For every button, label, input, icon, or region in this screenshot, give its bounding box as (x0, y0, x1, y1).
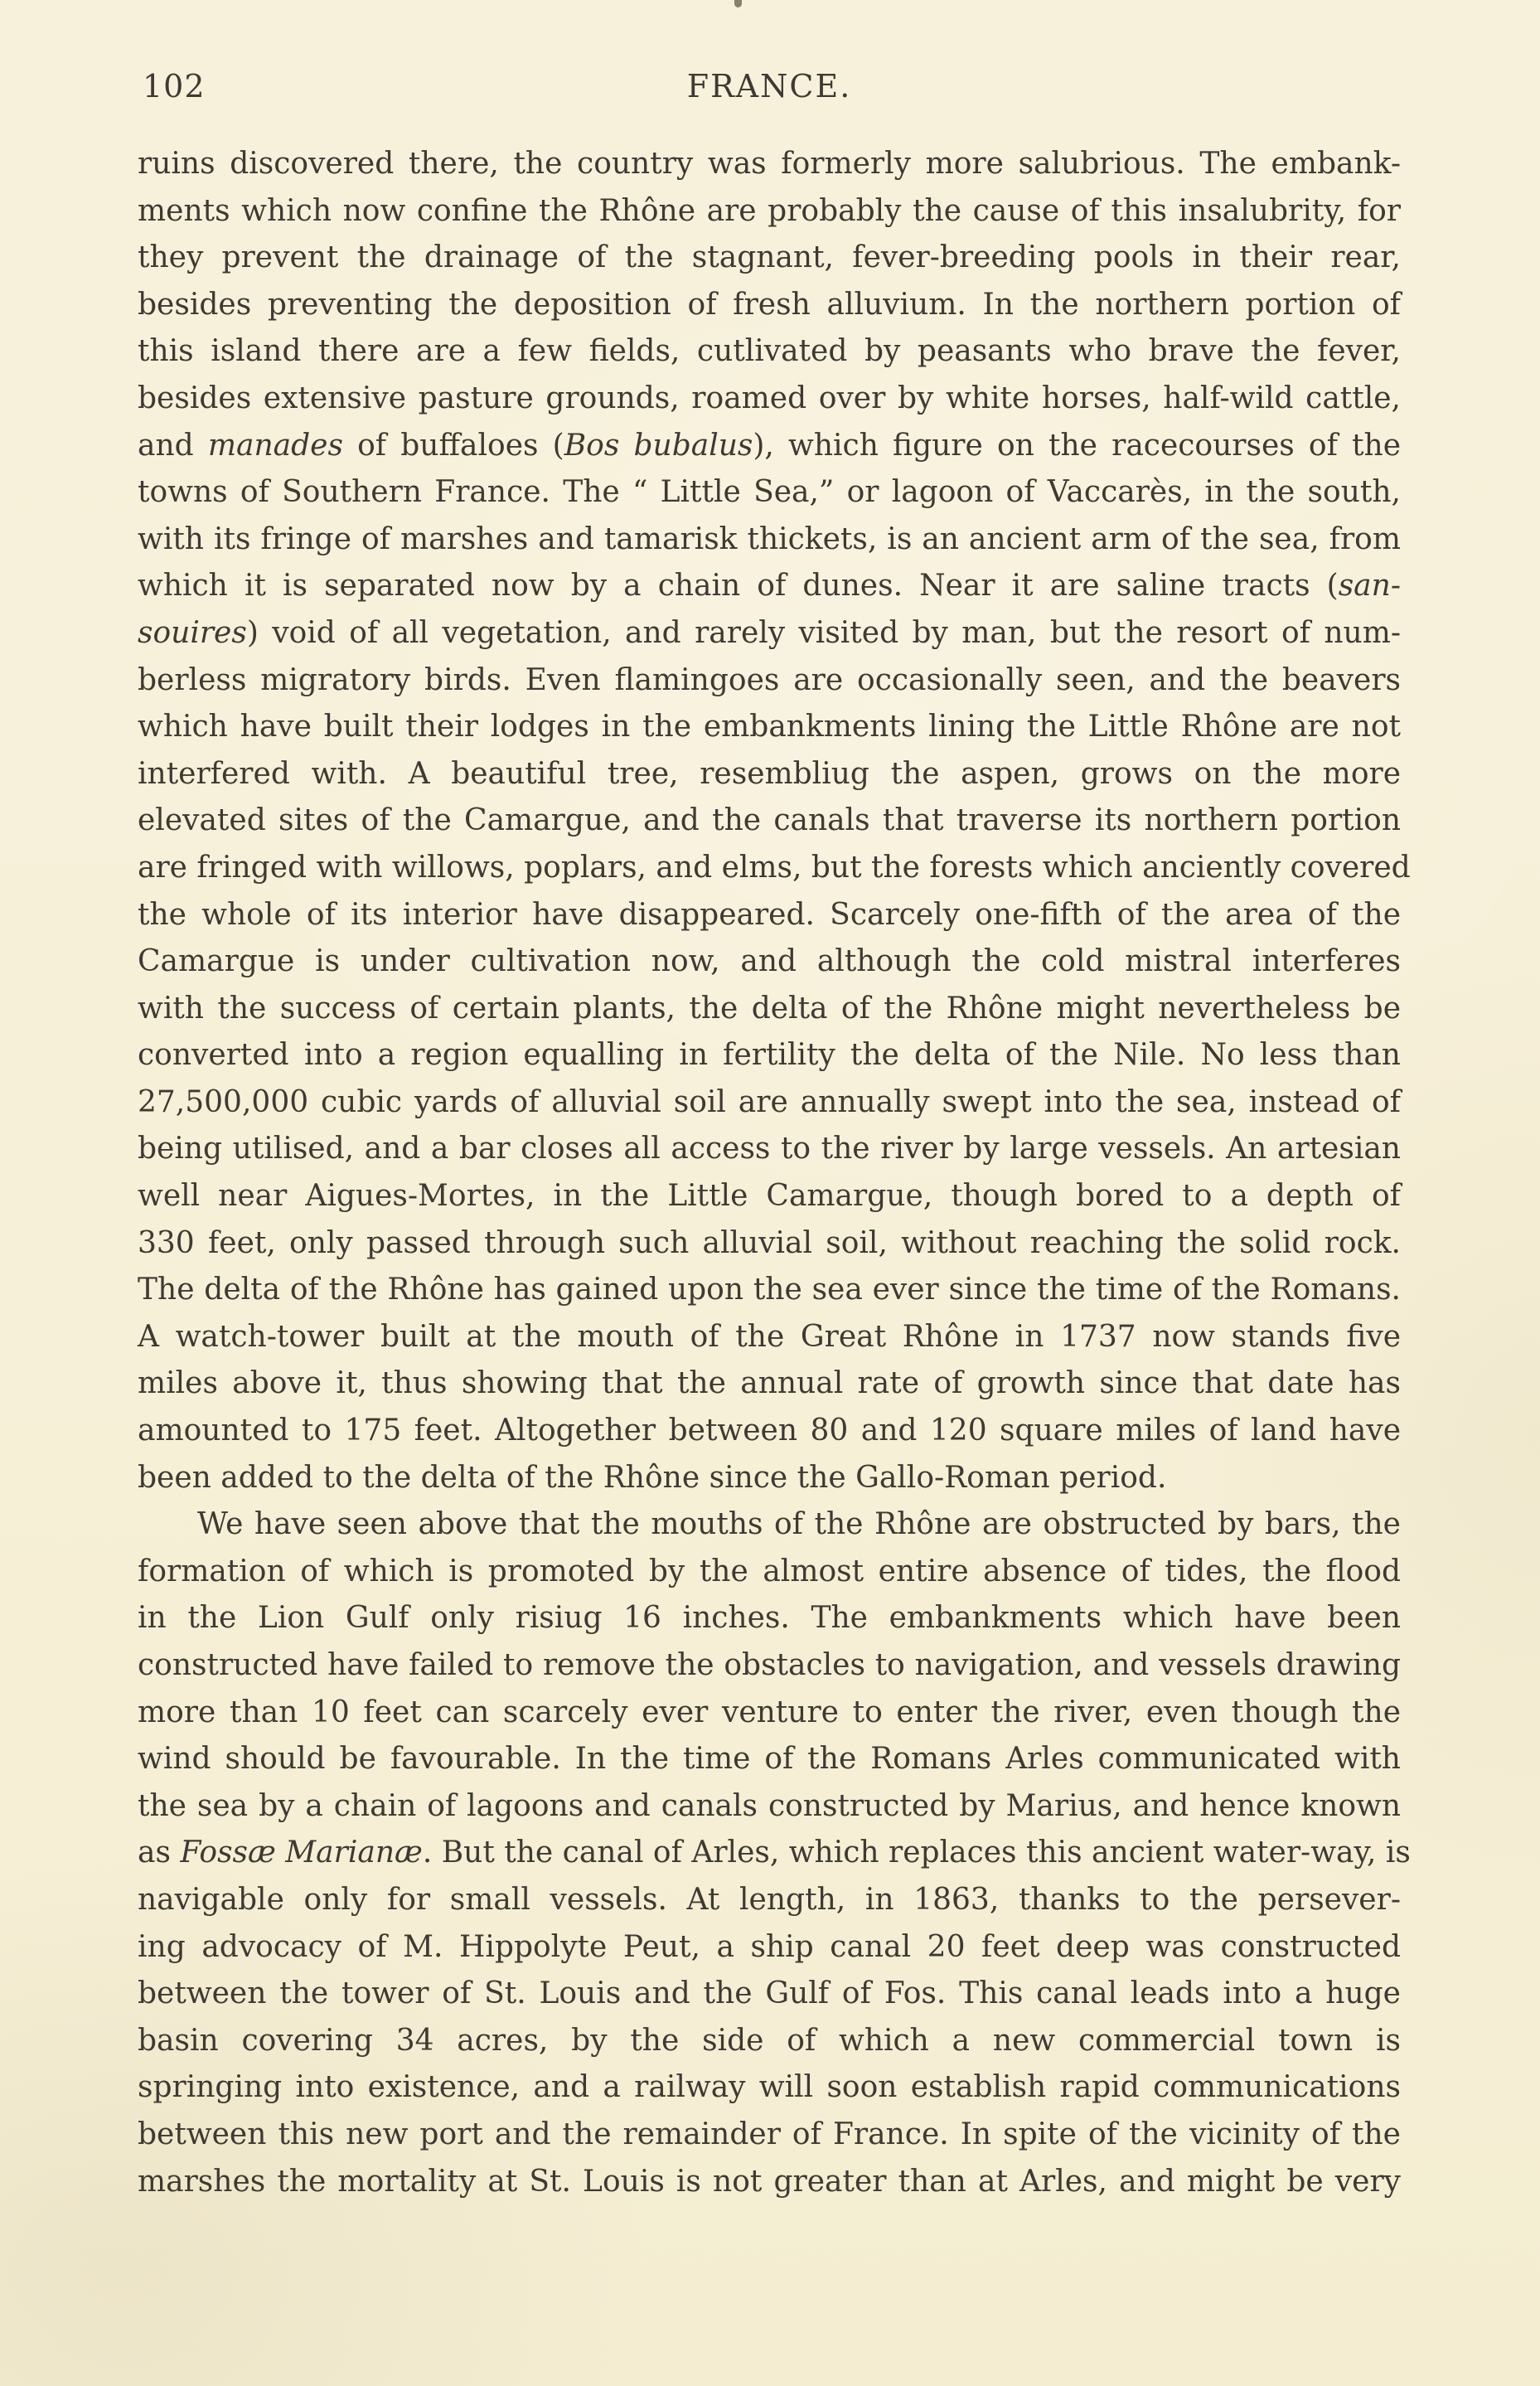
text-line: ing advocacy of M. Hippolyte Peut, a shi… (138, 1924, 1401, 1971)
text-line: are fringed with willows, poplars, and e… (138, 845, 1401, 892)
italic-text: manades (208, 429, 343, 463)
text-line: which it is separated now by a chain of … (138, 563, 1401, 610)
text-line: ments which now confine the Rhône are pr… (138, 188, 1401, 235)
text-line: 330 feet, only passed through such alluv… (138, 1220, 1401, 1268)
book-page: 102 FRANCE. ruins discovered there, the … (0, 0, 1540, 2386)
text-line: springing into existence, and a railway … (138, 2064, 1401, 2112)
text-line: being utilised, and a bar closes all acc… (138, 1126, 1401, 1173)
text-line: more than 10 feet can scarcely ever vent… (138, 1690, 1401, 1737)
italic-text: Fossæ Marianæ (180, 1836, 422, 1870)
text-line: between this new port and the remainder … (138, 2112, 1401, 2159)
text-line: constructed have failed to remove the ob… (138, 1642, 1401, 1690)
text-line: the sea by a chain of lagoons and canals… (138, 1783, 1401, 1831)
text-line: besides preventing the deposition of fre… (138, 282, 1401, 329)
text-line: ruins discovered there, the country was … (138, 141, 1401, 188)
italic-text: Bos bubalus (564, 429, 753, 463)
italic-text: souires (138, 616, 247, 650)
text-line: Camargue is under cultivation now, and a… (138, 938, 1401, 986)
text-line: towns of Southern France. The “ Little S… (138, 469, 1401, 516)
text-line: basin covering 34 acres, by the side of … (138, 2018, 1401, 2065)
text-line: amounted to 175 feet. Altogether between… (138, 1408, 1401, 1455)
text-line: besides extensive pasture grounds, roame… (138, 376, 1401, 423)
text-line: as Fossæ Marianæ. But the canal of Arles… (138, 1830, 1401, 1877)
text-line: A watch-tower built at the mouth of the … (138, 1314, 1401, 1361)
text-line: souires) void of all vegetation, and rar… (138, 610, 1401, 657)
text-line: with its fringe of marshes and tamarisk … (138, 516, 1401, 564)
text-line: in the Lion Gulf only risiug 16 inches. … (138, 1595, 1401, 1642)
page-header: 102 FRANCE. (138, 68, 1401, 109)
text-line: marshes the mortality at St. Louis is no… (138, 2159, 1401, 2206)
text-line: well near Aigues-Mortes, in the Little C… (138, 1173, 1401, 1220)
text-line: miles above it, thus showing that the an… (138, 1360, 1401, 1408)
text-line: this island there are a few fields, cutl… (138, 328, 1401, 376)
text-line: they prevent the drainage of the stagnan… (138, 235, 1401, 282)
text-line: We have seen above that the mouths of th… (138, 1501, 1401, 1549)
italic-text: san- (1339, 569, 1401, 603)
text-line: 27,500,000 cubic yards of alluvial soil … (138, 1079, 1401, 1127)
text-line: interfered with. A beautiful tree, resem… (138, 751, 1401, 798)
running-title: FRANCE. (138, 68, 1401, 104)
text-block: ruins discovered there, the country was … (138, 141, 1401, 2205)
text-line: been added to the delta of the Rhône sin… (138, 1455, 1401, 1502)
text-line: formation of which is promoted by the al… (138, 1549, 1401, 1596)
text-line: The delta of the Rhône has gained upon t… (138, 1267, 1401, 1314)
text-line: which have built their lodges in the emb… (138, 704, 1401, 751)
scan-speck (734, 0, 742, 7)
text-line: the whole of its interior have disappear… (138, 892, 1401, 939)
text-line: navigable only for small vessels. At len… (138, 1877, 1401, 1924)
text-line: between the tower of St. Louis and the G… (138, 1971, 1401, 2018)
text-line: converted into a region equalling in fer… (138, 1032, 1401, 1079)
text-line: wind should be favourable. In the time o… (138, 1736, 1401, 1783)
text-line: with the success of certain plants, the … (138, 986, 1401, 1033)
text-line: and manades of buffaloes (Bos bubalus), … (138, 423, 1401, 470)
text-line: berless migratory birds. Even flamingoes… (138, 657, 1401, 705)
text-line: elevated sites of the Camargue, and the … (138, 798, 1401, 845)
